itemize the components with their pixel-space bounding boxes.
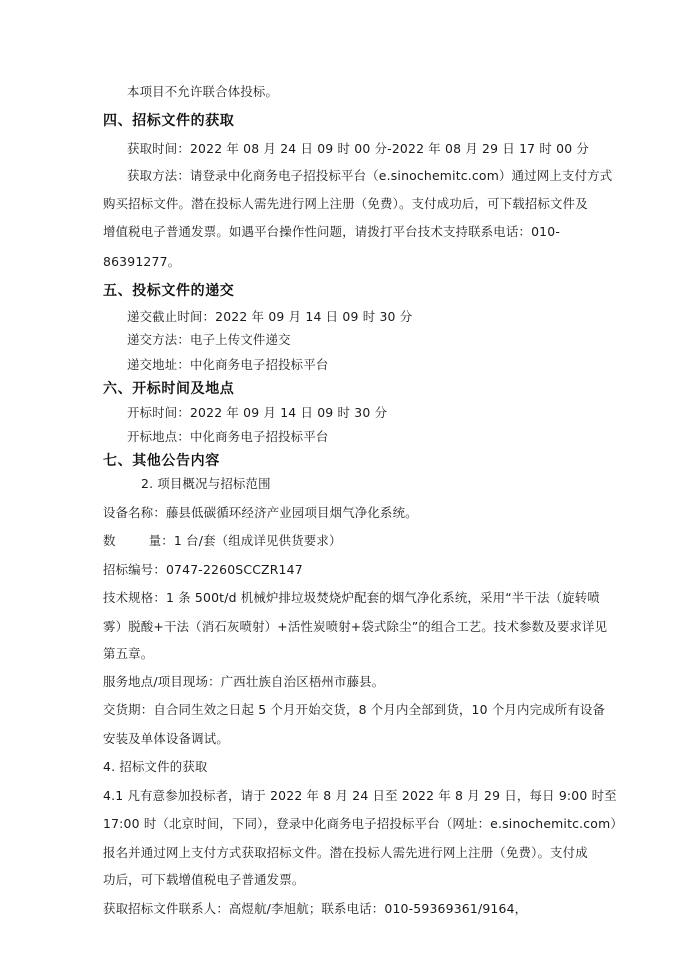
bid-opening-place: 开标地点：中化商务电子招投标平台 (127, 429, 328, 445)
subsection-4-1-line-2: 17:00 时（北京时间，下同），登录中化商务电子招投标平台（网址：e.sino… (103, 816, 623, 832)
quantity: 数 量：1 台/套（组成详见供货要求） (103, 533, 342, 549)
section-4-heading: 四、招标文件的获取 (103, 112, 234, 130)
subsection-4-1-line-1: 4.1 凡有意参加投标者，请于 2022 年 8 月 24 日至 2022 年 … (103, 788, 617, 804)
submission-address: 递交地址：中化商务电子招投标平台 (127, 357, 328, 373)
tender-number: 招标编号：0747-2260SCCZR147 (103, 562, 303, 578)
service-location: 服务地点/项目现场：广西壮族自治区梧州市藤县。 (103, 674, 384, 690)
subsection-4-1-line-3: 报名并通过网上支付方式获取招标文件。潜在投标人需先进行网上注册（免费）。支付成 (103, 845, 588, 861)
acquisition-method-line-1: 获取方法：请登录中化商务电子招投标平台（e.sinochemitc.com）通过… (127, 168, 612, 184)
acquisition-method-line-2: 购买招标文件。潜在投标人需先进行网上注册（免费）。支付成功后，可下载招标文件及 (103, 196, 588, 212)
bid-opening-time: 开标时间：2022 年 09 月 14 日 09 时 30 分 (127, 405, 387, 421)
technical-spec-line-2: 雾）脱酸+干法（消石灰喷射）+活性炭喷射+袋式除尘”的组合工艺。技术参数及要求详… (103, 619, 607, 635)
joint-bid-note: 本项目不允许联合体投标。 (127, 84, 278, 100)
contact-info: 获取招标文件联系人：高煜航/李旭航；联系电话：010-59369361/9164… (103, 901, 527, 917)
section-6-heading: 六、开标时间及地点 (103, 380, 234, 398)
acquisition-time: 获取时间：2022 年 08 月 24 日 09 时 00 分-2022 年 0… (127, 141, 589, 157)
section-5-heading: 五、投标文件的递交 (103, 282, 234, 300)
subsection-4-title: 4. 招标文件的获取 (103, 759, 208, 775)
equipment-name: 设备名称：藤县低碳循环经济产业园项目烟气净化系统。 (103, 505, 418, 521)
subsection-4-1-line-4: 功后，可下载增值税电子普通发票。 (103, 872, 304, 888)
technical-spec-line-1: 技术规格：1 条 500t/d 机械炉排垃圾焚烧炉配套的烟气净化系统，采用“半干… (103, 590, 600, 606)
subsection-2-title: 2. 项目概况与招标范围 (141, 476, 271, 492)
delivery-period-line-1: 交货期：自合同生效之日起 5 个月开始交货，8 个月内全部到货，10 个月内完成… (103, 702, 605, 718)
section-7-heading: 七、其他公告内容 (103, 452, 220, 470)
acquisition-method-line-4: 86391277。 (103, 254, 180, 270)
submission-method: 递交方法：电子上传文件递交 (127, 332, 291, 348)
acquisition-method-line-3: 增值税电子普通发票。如遇平台操作性问题，请拨打平台技术支持联系电话：010- (103, 224, 560, 240)
document-page: 本项目不允许联合体投标。 四、招标文件的获取 获取时间：2022 年 08 月 … (0, 0, 700, 978)
technical-spec-line-3: 第五章。 (103, 646, 153, 662)
delivery-period-line-2: 安装及单体设备调试。 (103, 731, 229, 747)
submission-deadline: 递交截止时间：2022 年 09 月 14 日 09 时 30 分 (127, 309, 412, 325)
